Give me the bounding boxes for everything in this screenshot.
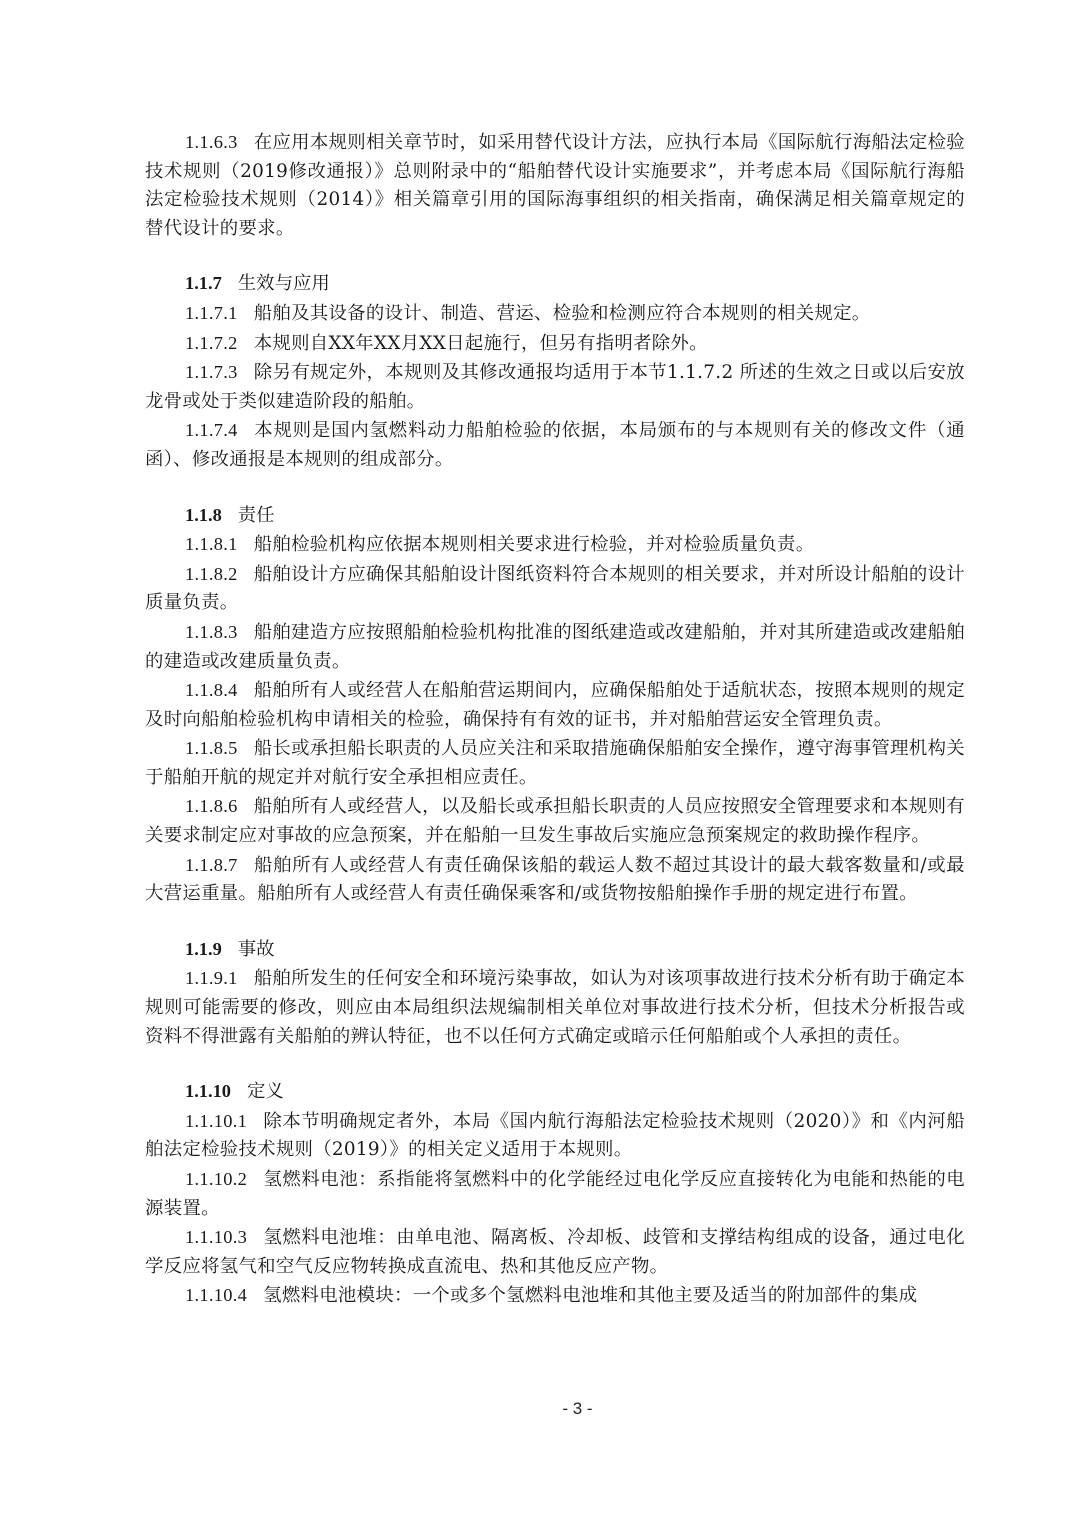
section-heading-1-1-10: 1.1.10定义 [145, 1077, 965, 1107]
document-page: 1.1.6.3在应用本规则相关章节时，如采用替代设计方法，应执行本局《国际航行海… [145, 128, 965, 1311]
clause-1-1-8-6: 1.1.8.6船舶所有人或经营人，以及船长或承担船长职责的人员应按照安全管理要求… [145, 792, 965, 850]
clause-1-1-8-2: 1.1.8.2船舶设计方应确保其船舶设计图纸资料符合本规则的相关要求，并对所设计… [145, 560, 965, 618]
section-number: 1.1.10 [185, 1081, 231, 1101]
clause-text: 船舶所有人或经营人有责任确保该船的载运人数不超过其设计的最大载客数量和/或最大营… [145, 855, 965, 905]
clause-text: 本规则是国内氢燃料动力船舶检验的依据，本局颁布的与本规则有关的修改文件（通函）、… [145, 420, 965, 470]
clause-1-1-10-4: 1.1.10.4氢燃料电池模块：一个或多个氢燃料电池堆和其他主要及适当的附加部件… [145, 1281, 965, 1311]
clause-text: 船舶所发生的任何安全和环境污染事故，如认为对该项事故进行技术分析有助于确定本规则… [145, 968, 965, 1046]
clause-1-1-10-1: 1.1.10.1除本节明确规定者外，本局《国内航行海船法定检验技术规则（2020… [145, 1107, 965, 1165]
clause-number: 1.1.6.3 [185, 132, 238, 152]
clause-number: 1.1.7.3 [185, 362, 238, 382]
clause-1-1-8-4: 1.1.8.4船舶所有人或经营人在船舶营运期间内，应确保船舶处于适航状态，按照本… [145, 676, 965, 734]
clause-1-1-9-1: 1.1.9.1船舶所发生的任何安全和环境污染事故，如认为对该项事故进行技术分析有… [145, 964, 965, 1051]
section-heading-1-1-9: 1.1.9事故 [145, 935, 965, 965]
clause-text: 在应用本规则相关章节时，如采用替代设计方法，应执行本局《国际航行海船法定检验技术… [145, 132, 965, 239]
clause-text: 除本节明确规定者外，本局《国内航行海船法定检验技术规则（2020）》和《内河船舶… [145, 1111, 965, 1161]
clause-1-1-8-7: 1.1.8.7船舶所有人或经营人有责任确保该船的载运人数不超过其设计的最大载客数… [145, 851, 965, 909]
page-number: - 3 - [0, 1399, 1080, 1419]
section-heading-1-1-8: 1.1.8责任 [145, 501, 965, 531]
clause-number: 1.1.7.2 [185, 333, 238, 353]
clause-1-1-8-5: 1.1.8.5船长或承担船长职责的人员应关注和采取措施确保船舶安全操作，遵守海事… [145, 734, 965, 792]
clause-number: 1.1.8.4 [185, 680, 238, 700]
section-heading-1-1-7: 1.1.7生效与应用 [145, 269, 965, 299]
clause-1-1-8-1: 1.1.8.1船舶检验机构应依据本规则相关要求进行检验，并对检验质量负责。 [145, 530, 965, 560]
clause-1-1-10-3: 1.1.10.3氢燃料电池堆：由单电池、隔离板、冷却板、歧管和支撑结构组成的设备… [145, 1223, 965, 1281]
clause-1-1-6-3: 1.1.6.3在应用本规则相关章节时，如采用替代设计方法，应执行本局《国际航行海… [145, 128, 965, 243]
clause-text: 船长或承担船长职责的人员应关注和采取措施确保船舶安全操作，遵守海事管理机构关于船… [145, 738, 965, 788]
section-title: 生效与应用 [238, 273, 330, 294]
clause-number: 1.1.8.2 [185, 564, 238, 584]
clause-number: 1.1.8.5 [185, 738, 238, 758]
clause-1-1-7-4: 1.1.7.4本规则是国内氢燃料动力船舶检验的依据，本局颁布的与本规则有关的修改… [145, 416, 965, 474]
clause-text: 氢燃料电池：系指能将氢燃料中的化学能经过电化学反应直接转化为电能和热能的电源装置… [145, 1169, 965, 1219]
clause-text: 船舶设计方应确保其船舶设计图纸资料符合本规则的相关要求，并对所设计船舶的设计质量… [145, 564, 965, 614]
clause-number: 1.1.7.4 [185, 420, 238, 440]
clause-text: 氢燃料电池模块：一个或多个氢燃料电池堆和其他主要及适当的附加部件的集成 [263, 1285, 917, 1306]
clause-text: 船舶检验机构应依据本规则相关要求进行检验，并对检验质量负责。 [254, 534, 815, 555]
clause-1-1-10-2: 1.1.10.2氢燃料电池：系指能将氢燃料中的化学能经过电化学反应直接转化为电能… [145, 1165, 965, 1223]
section-title: 定义 [247, 1081, 284, 1102]
clause-number: 1.1.8.7 [185, 855, 238, 875]
clause-text: 船舶及其设备的设计、制造、营运、检验和检测应符合本规则的相关规定。 [254, 303, 871, 324]
clause-number: 1.1.8.6 [185, 796, 238, 816]
clause-text: 本规则自XX年XX月XX日起施行，但另有指明者除外。 [254, 333, 708, 354]
clause-number: 1.1.7.1 [185, 303, 238, 323]
clause-number: 1.1.10.3 [185, 1227, 247, 1247]
clause-number: 1.1.10.2 [185, 1169, 247, 1189]
clause-text: 船舶所有人或经营人，以及船长或承担船长职责的人员应按照安全管理要求和本规则有关要… [145, 796, 965, 846]
clause-1-1-7-2: 1.1.7.2本规则自XX年XX月XX日起施行，但另有指明者除外。 [145, 329, 965, 359]
section-number: 1.1.8 [185, 505, 222, 525]
clause-text: 船舶所有人或经营人在船舶营运期间内，应确保船舶处于适航状态，按照本规则的规定及时… [145, 680, 965, 730]
clause-1-1-8-3: 1.1.8.3船舶建造方应按照船舶检验机构批准的图纸建造或改建船舶，并对其所建造… [145, 618, 965, 676]
clause-text: 氢燃料电池堆：由单电池、隔离板、冷却板、歧管和支撑结构组成的设备，通过电化学反应… [145, 1227, 965, 1277]
section-title: 责任 [238, 505, 275, 526]
clause-1-1-7-1: 1.1.7.1船舶及其设备的设计、制造、营运、检验和检测应符合本规则的相关规定。 [145, 299, 965, 329]
section-number: 1.1.9 [185, 939, 222, 959]
section-number: 1.1.7 [185, 273, 222, 293]
clause-text: 船舶建造方应按照船舶检验机构批准的图纸建造或改建船舶，并对其所建造或改建船舶的建… [145, 622, 965, 672]
section-title: 事故 [238, 939, 275, 960]
clause-number: 1.1.8.1 [185, 534, 238, 554]
clause-number: 1.1.8.3 [185, 622, 238, 642]
clause-number: 1.1.10.1 [185, 1111, 247, 1131]
clause-number: 1.1.10.4 [185, 1285, 247, 1305]
clause-1-1-7-3: 1.1.7.3除另有规定外，本规则及其修改通报均适用于本节1.1.7.2 所述的… [145, 358, 965, 416]
clause-number: 1.1.9.1 [185, 968, 238, 988]
clause-text: 除另有规定外，本规则及其修改通报均适用于本节1.1.7.2 所述的生效之日或以后… [145, 362, 965, 412]
